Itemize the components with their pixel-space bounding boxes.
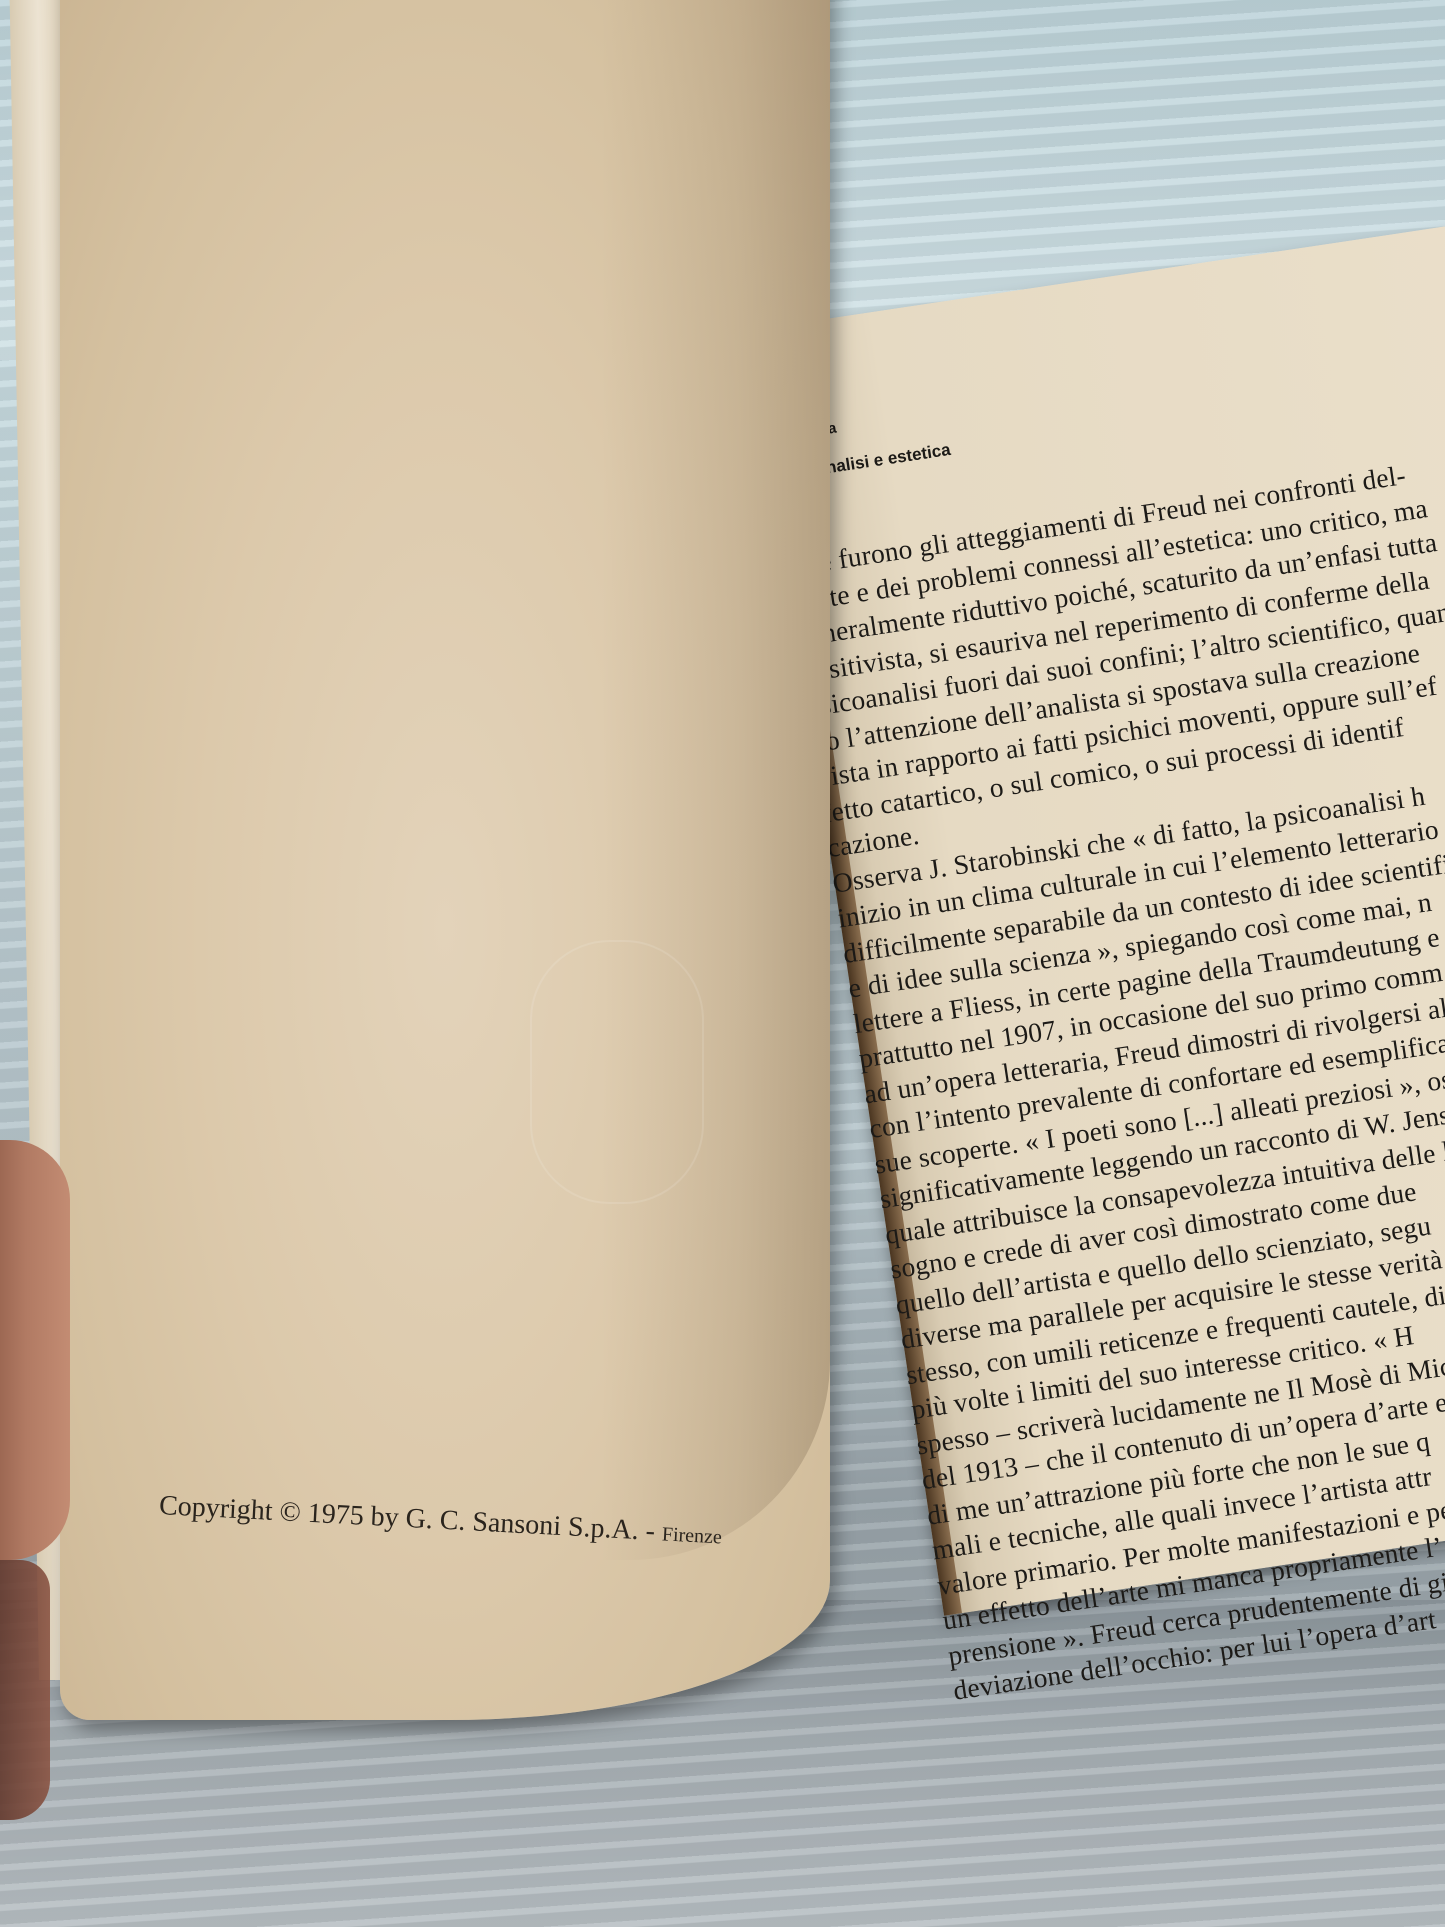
copyright-city: Firenze: [661, 1523, 722, 1548]
hand-finger: [0, 1140, 70, 1560]
page-curl-shadow: [600, 0, 830, 1560]
embossed-stamp: [530, 940, 704, 1204]
hand-shadow: [0, 1560, 50, 1820]
left-page[interactable]: [60, 0, 830, 1720]
